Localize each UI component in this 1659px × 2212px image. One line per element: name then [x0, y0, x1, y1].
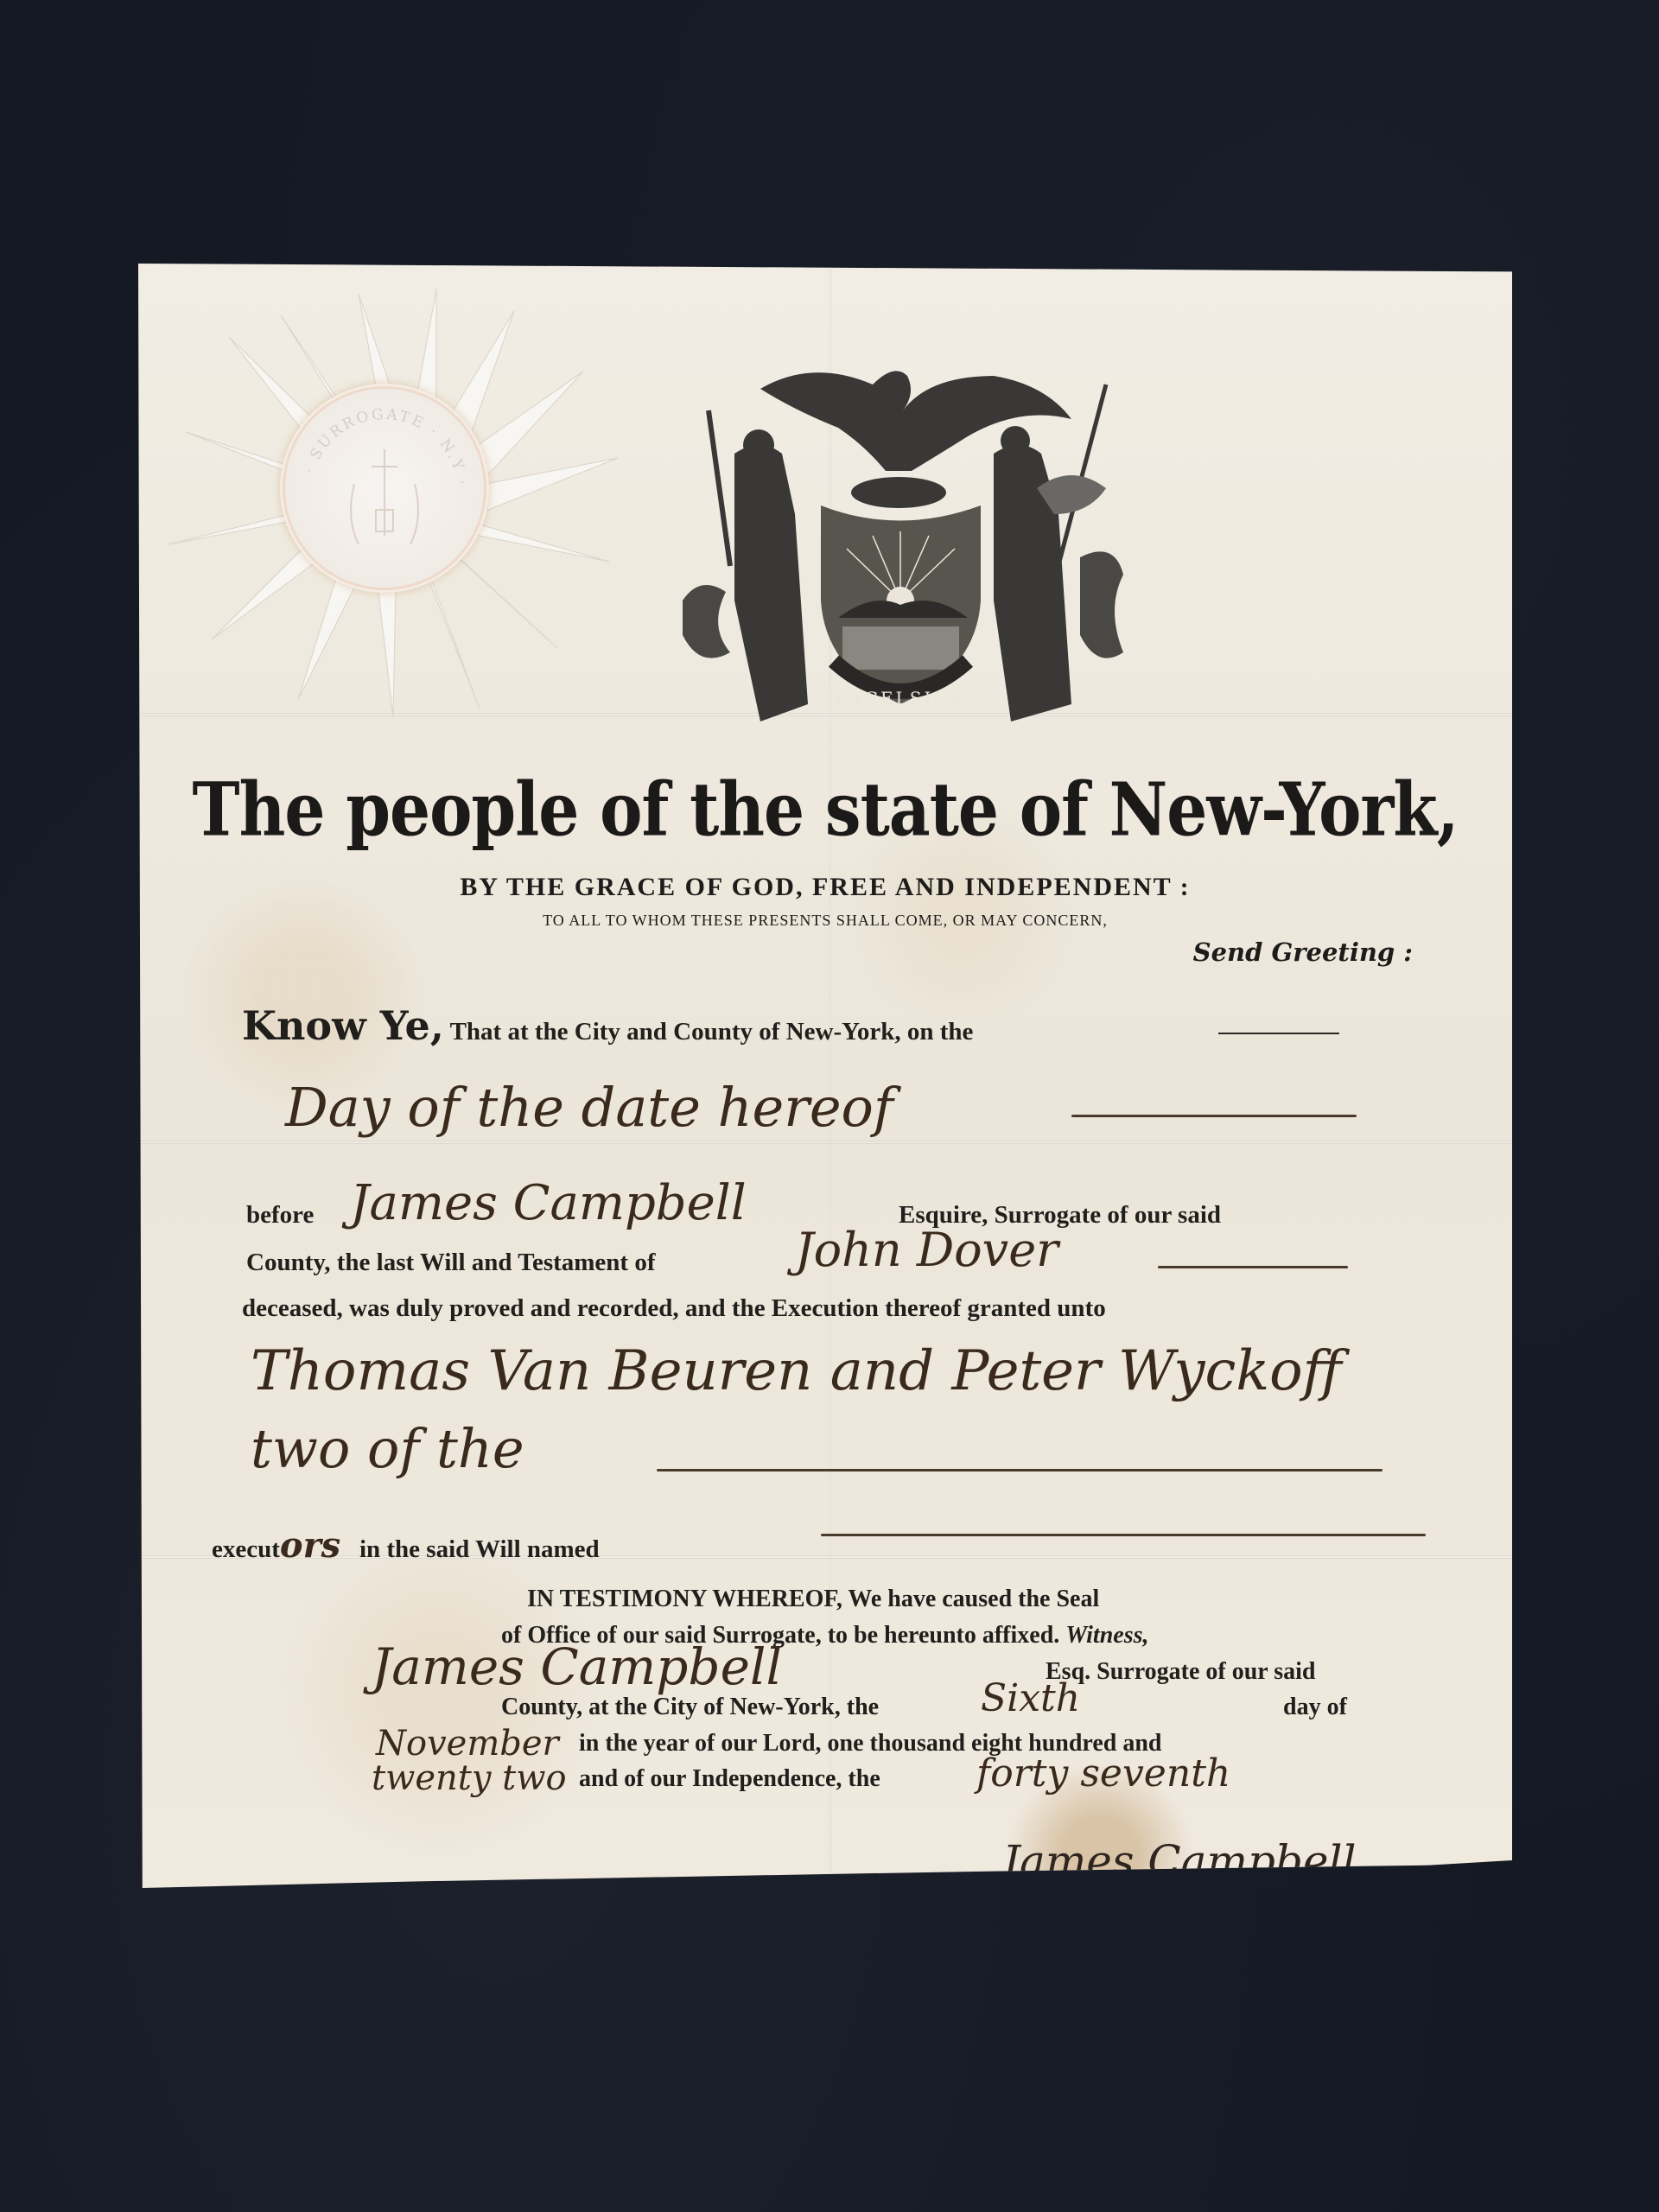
document-address-line: TO ALL TO WHOM THESE PRESENTS SHALL COME…	[138, 912, 1512, 930]
body-line-county: County, the last Will and Testament of	[246, 1249, 656, 1277]
fold-crease-horizontal	[138, 1141, 1512, 1144]
blank-rule	[1218, 1033, 1339, 1034]
body-line-deceased: deceased, was duly proved and recorded, …	[242, 1294, 1106, 1323]
blank-rule	[657, 1469, 1382, 1471]
handwritten-witness-surrogate: James Campbell	[372, 1637, 782, 1696]
handwritten-day: Sixth	[981, 1676, 1080, 1720]
before-label: before	[246, 1201, 314, 1230]
embossed-seal: · SURROGATE · N.Y ·	[285, 389, 484, 588]
new-york-coat-of-arms: EXCELSIOR	[588, 341, 1210, 756]
testimony-line-3: Esq. Surrogate of our said	[1046, 1658, 1315, 1686]
witness-label: Witness,	[1065, 1622, 1148, 1649]
handwritten-year: twenty two	[372, 1758, 567, 1798]
blank-rule	[1071, 1115, 1357, 1117]
send-greeting: Send Greeting :	[1193, 938, 1413, 967]
handwritten-executors: Thomas Van Beuren and Peter Wyckoff	[251, 1339, 1342, 1403]
svg-text:· SURROGATE · N.Y ·: · SURROGATE · N.Y ·	[301, 406, 471, 488]
motto-text: EXCELSIOR	[835, 688, 966, 709]
testimony-line-4b: day of	[1283, 1694, 1347, 1721]
handwritten-two-of-the: two of the	[251, 1417, 524, 1480]
know-ye-label: Know Ye,	[242, 1002, 444, 1049]
document-title: The people of the state of New-York,	[138, 768, 1512, 854]
document-paper: · SURROGATE · N.Y ·	[138, 264, 1512, 1888]
body-line-1: That at the City and County of New-York,…	[450, 1018, 974, 1046]
handwritten-ors: ors	[280, 1525, 340, 1566]
handwritten-date: Day of the date hereof	[285, 1076, 893, 1139]
body-line-named: in the said Will named	[359, 1535, 600, 1563]
testimony-line-4a: County, at the City of New-York, the	[501, 1694, 879, 1721]
blank-rule	[821, 1534, 1426, 1536]
testimony-line-6: and of our Independence, the	[579, 1765, 880, 1793]
handwritten-surrogate-name: James Campbell	[350, 1175, 747, 1231]
handwritten-independence-year: forty seventh	[976, 1751, 1230, 1796]
testimony-line-1: IN TESTIMONY WHEREOF, We have caused the…	[527, 1586, 1099, 1613]
blank-rule	[1158, 1266, 1348, 1268]
execut-prefix: execut	[212, 1535, 280, 1563]
document-subtitle: BY THE GRACE OF GOD, FREE AND INDEPENDEN…	[138, 873, 1512, 902]
handwritten-testator-name: John Dover	[795, 1223, 1058, 1277]
